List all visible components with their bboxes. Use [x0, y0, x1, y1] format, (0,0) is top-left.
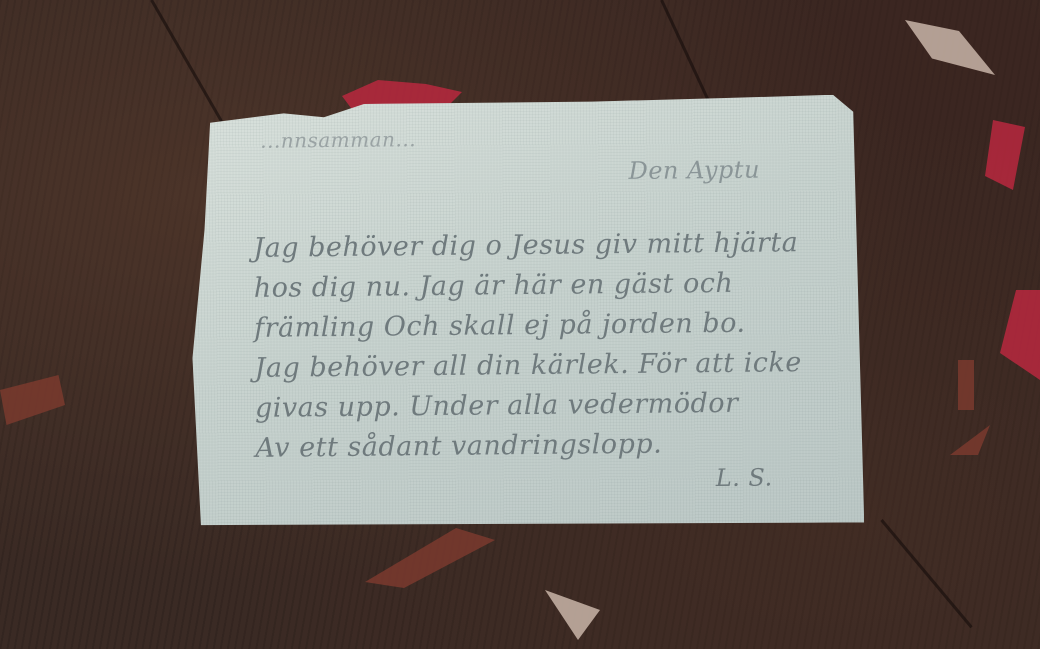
- red-debris: [985, 120, 1025, 190]
- floor-plank-seam: [150, 0, 223, 122]
- red-debris: [1000, 290, 1040, 380]
- note-line: Jag behöver dig o Jesus giv mitt hjärta: [253, 227, 798, 264]
- note-line: Av ett sådant vandringslopp.: [255, 429, 662, 464]
- tan-debris: [905, 20, 995, 75]
- tan-debris: [545, 590, 600, 640]
- floor-plank-seam: [660, 0, 713, 109]
- brown-debris: [958, 360, 974, 410]
- note-line: Jag behöver all din kärlek. För att icke: [254, 347, 802, 384]
- brown-debris: [950, 425, 990, 455]
- floor-plank-seam: [880, 519, 972, 628]
- note-header-left: ...nnsamman...: [260, 127, 416, 153]
- note-line: främling Och skall ej på jorden bo.: [254, 308, 746, 344]
- note-header-right: Den Ayptu: [628, 156, 760, 185]
- note-signature: L. S.: [716, 463, 773, 492]
- handwritten-note: ...nnsamman... Den Ayptu Jag behöver dig…: [190, 95, 864, 530]
- note-line: givas upp. Under alla vedermödor: [255, 388, 739, 424]
- brown-debris: [0, 375, 65, 425]
- note-line: hos dig nu. Jag är här en gäst och: [254, 268, 734, 304]
- brown-debris: [365, 528, 495, 588]
